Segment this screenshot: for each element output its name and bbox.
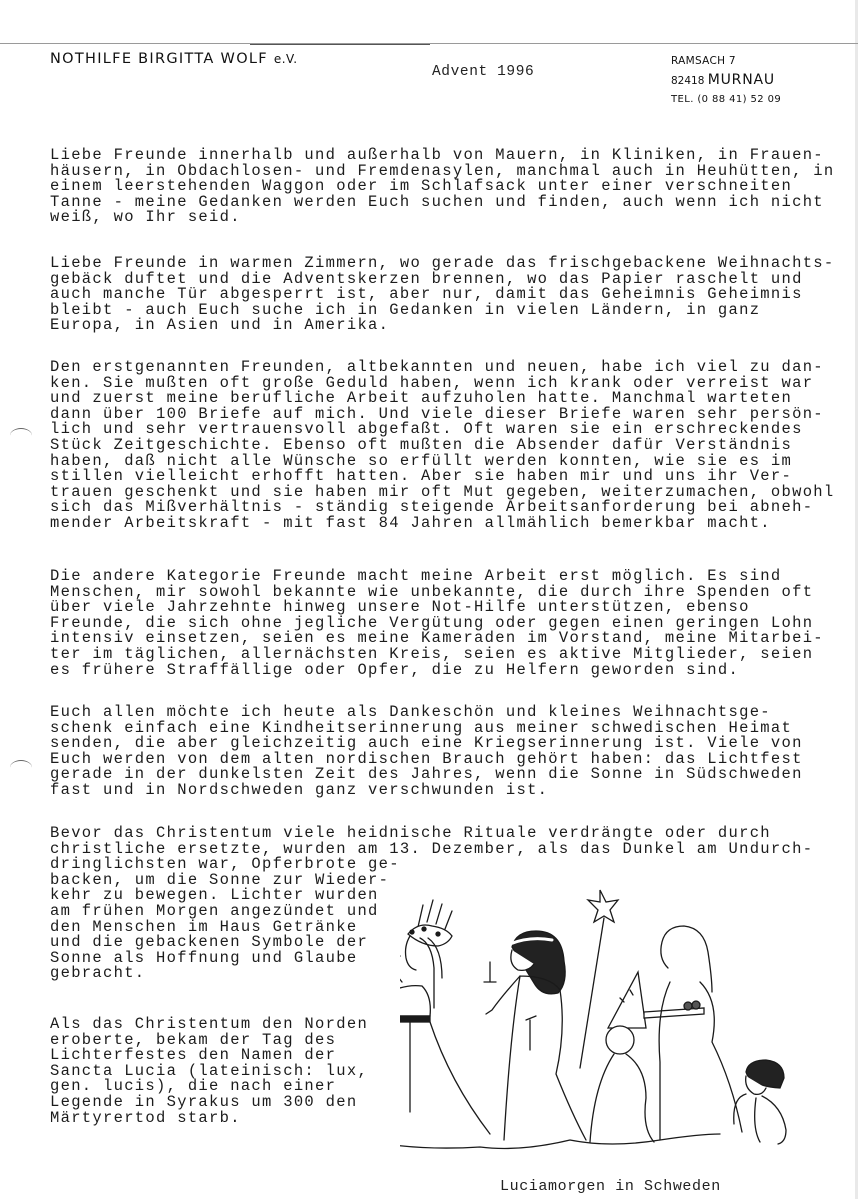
- text-line: es frühere Straffällige oder Opfer, die …: [50, 663, 824, 679]
- top-rule-shadow: [250, 44, 430, 45]
- text-line: Märtyrertod starb.: [50, 1111, 368, 1127]
- tray-girl-figure: [644, 926, 742, 1140]
- organization-suffix: e.V.: [274, 52, 298, 66]
- lucia-procession-illustration: [400, 872, 820, 1172]
- punch-hole-mark: [10, 428, 32, 443]
- text-line: Europa, in Asien und in Amerika.: [50, 318, 835, 334]
- paragraph-other-friends: Die andere Kategorie Freunde macht meine…: [50, 569, 824, 678]
- paragraph-greeting-outside: Liebe Freunde innerhalb und außerhalb vo…: [50, 148, 835, 226]
- punch-hole-mark: [10, 760, 32, 775]
- paragraph-greeting-warm-rooms: Liebe Freunde in warmen Zimmern, wo gera…: [50, 256, 835, 334]
- text-line: fast und in Nordschweden ganz verschwund…: [50, 783, 803, 799]
- lucia-figure: [400, 900, 490, 1142]
- paragraph-sancta-lucia: Als das Christentum den Nordeneroberte, …: [50, 1017, 368, 1126]
- occasion-date: Advent 1996: [432, 64, 534, 80]
- address-city-line: 82418 MURNAU: [671, 72, 775, 88]
- paragraph-first-friends: Den erstgenannten Freunden, altbekannten…: [50, 360, 835, 532]
- address-city: MURNAU: [708, 72, 775, 88]
- star-boy-figure: [580, 890, 654, 1142]
- address-phone: TEL. (0 88 41) 52 09: [671, 94, 781, 105]
- text-line: mender Arbeitskraft - mit fast 84 Jahren…: [50, 516, 835, 532]
- address-street: RAMSACH 7: [671, 55, 736, 67]
- paragraph-christmas-gift: Euch allen möchte ich heute als Dankesch…: [50, 705, 803, 799]
- illustration-caption: Luciamorgen in Schweden: [500, 1178, 721, 1195]
- organization-title: NOTHILFE BIRGITTA WOLF: [50, 51, 268, 67]
- text-line: weiß, wo Ihr seid.: [50, 210, 835, 226]
- organization-name: NOTHILFE BIRGITTA WOLF e.V.: [50, 51, 298, 67]
- candle-girl-figure: [484, 931, 586, 1140]
- address-zip: 82418: [671, 75, 704, 87]
